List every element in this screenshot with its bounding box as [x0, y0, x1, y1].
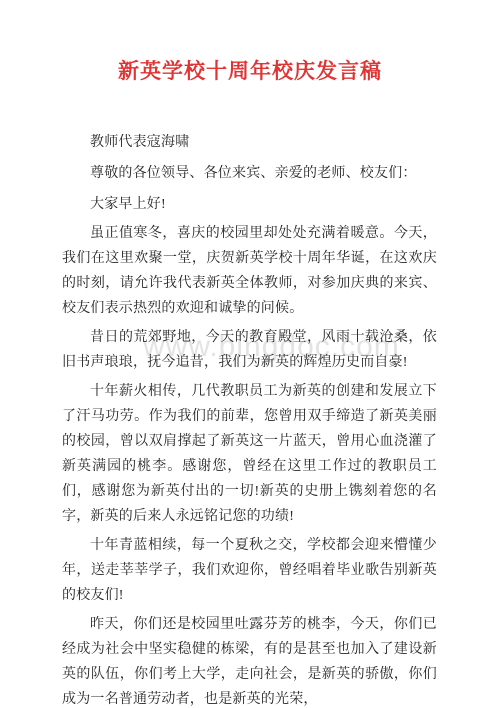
- paragraph-2: 昔日的荒郊野地，今天的教育殿堂，风雨十载沧桑，依旧书声琅琅，抚今追昔，我们为新英…: [62, 325, 437, 375]
- paragraph-5: 昨天，你们还是校园里吐露芬芳的桃李，今天，你们已经成为社会中坚实稳健的栋梁，有的…: [62, 612, 437, 708]
- paragraph-3: 十年薪火相传，几代教职员工为新英的创建和发展立下了汗马功劳。作为我们的前辈，您曾…: [62, 379, 437, 529]
- paragraph-1: 虽正值寒冬，喜庆的校园里却处处充满着暖意。今天，我们在这里欢聚一堂，庆贺新英学校…: [62, 221, 437, 321]
- document-title: 新英学校十周年校庆发言稿: [0, 0, 500, 85]
- document-page: www.bingdoc.com 新英学校十周年校庆发言稿 教师代表寇海啸 尊敬的…: [0, 0, 500, 708]
- greeting-line: 尊敬的各位领导、各位来宾、亲爱的老师、校友们：: [62, 161, 437, 186]
- speaker-line: 教师代表寇海啸: [62, 130, 437, 155]
- paragraph-4: 十年青蓝相续，每一个夏秋之交，学校都会迎来懵懂少年，送走莘莘学子，我们欢迎你，曾…: [62, 533, 437, 608]
- salutation-line: 大家早上好!: [62, 192, 437, 217]
